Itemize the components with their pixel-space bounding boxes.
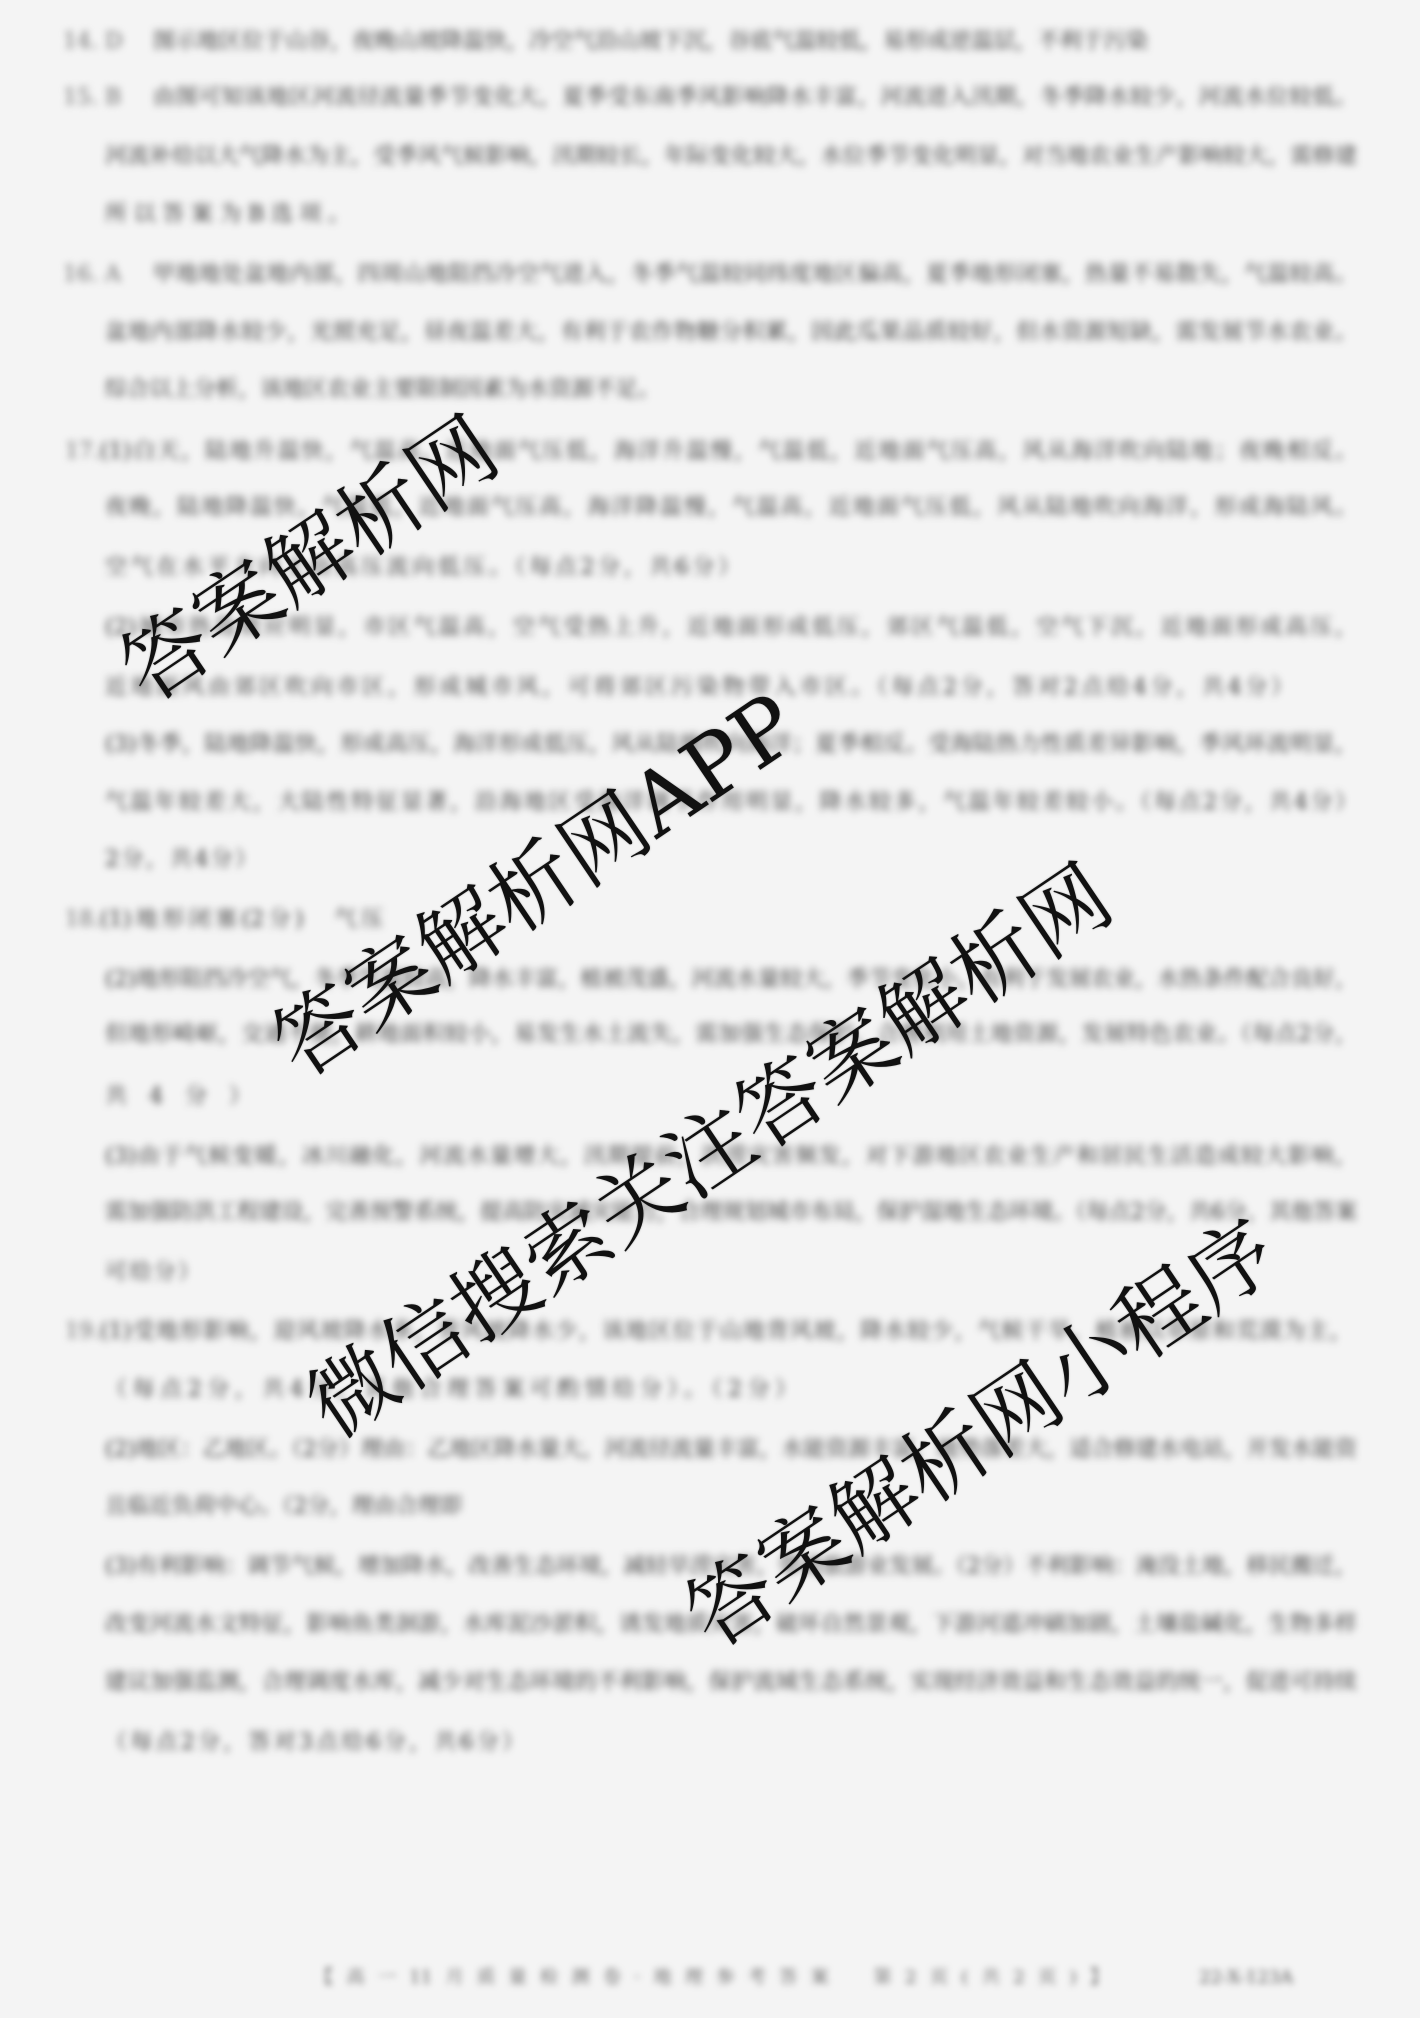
watermark-text-miniprogram: 答案解析网小程序 xyxy=(673,1206,1291,1662)
answer-line: 综合以上分析，该地区农业主要限制因素为水资源不足。 xyxy=(105,377,660,403)
answer-line: （每点2分，答对3点给6分，共6分） xyxy=(105,1730,524,1756)
answer-line: 由图可知该地区河流径流量季节变化大，夏季受东南季风影响降水丰富，河流进入汛期，冬… xyxy=(153,85,1357,111)
question-number-16: 16. A xyxy=(63,262,121,288)
answer-line: 近地面风由郊区吹向市区，形成城市风，可将郊区污染物带入市区。（每点2分，答对2点… xyxy=(105,675,1293,701)
footer-code: 22-X-123A xyxy=(1199,1967,1361,1989)
answer-line: (2)地区：乙地区。（2分）理由：乙地区降水量大，河流径流量丰富，水能资源丰富，… xyxy=(105,1437,1357,1463)
answer-line: 共4分） xyxy=(105,1084,251,1110)
question-number-17: 17. xyxy=(65,439,100,465)
answer-line: 甲地地处盆地内部，四周山地阻挡冷空气进入，冬季气温较同纬度地区偏高，夏季地形闭塞… xyxy=(153,262,1357,288)
answer-line: (1)地形闭塞(2分) 气压 xyxy=(100,907,383,933)
answer-line: 可给分） xyxy=(105,1260,200,1286)
answer-line: 图示地区位于山谷，夜晚山坡降温快，冷空气沿山坡下沉，谷底气温较低，易形成逆温层，… xyxy=(153,29,1148,55)
answer-line: 且临近负荷中心。（2分，理由合理即可） xyxy=(105,1494,462,1520)
question-number-14: 14. D xyxy=(63,29,123,55)
question-number-19: 19. xyxy=(65,1319,100,1345)
answer-line: 盆地内部降水较少，光照充足，昼夜温差大，有利于农作物糖分积累，因此瓜果品质较好，… xyxy=(105,320,1357,346)
question-number-15: 15. B xyxy=(63,85,121,111)
answer-line: 所以答案为B选项。 xyxy=(105,202,350,228)
footer-title: 【高一11月质量检测卷·地理参考答案 第2页(共2页)】 xyxy=(315,1967,1108,1989)
answer-line: 需加强防洪工程建设，完善预警系统，提高防灾减灾能力，合理规划城市布局，保护湿地生… xyxy=(105,1200,1357,1226)
answer-line: (1)白天，陆地升温快，气温高，近地面气压低，海洋升温慢，气温低，近地面气压高，… xyxy=(100,439,1357,465)
answer-line: 河流补给以大气降水为主，受季风气候影响，汛期较长，年际变化较大，水位季节变化明显… xyxy=(105,144,1357,170)
answer-line: 建议加强监测，合理调度水库，减少对生态环境的不利影响，保护流域生态系统，实现经济… xyxy=(105,1670,1357,1696)
question-number-18: 18. xyxy=(65,907,100,933)
answer-line: 2分，共4分） xyxy=(105,847,257,873)
